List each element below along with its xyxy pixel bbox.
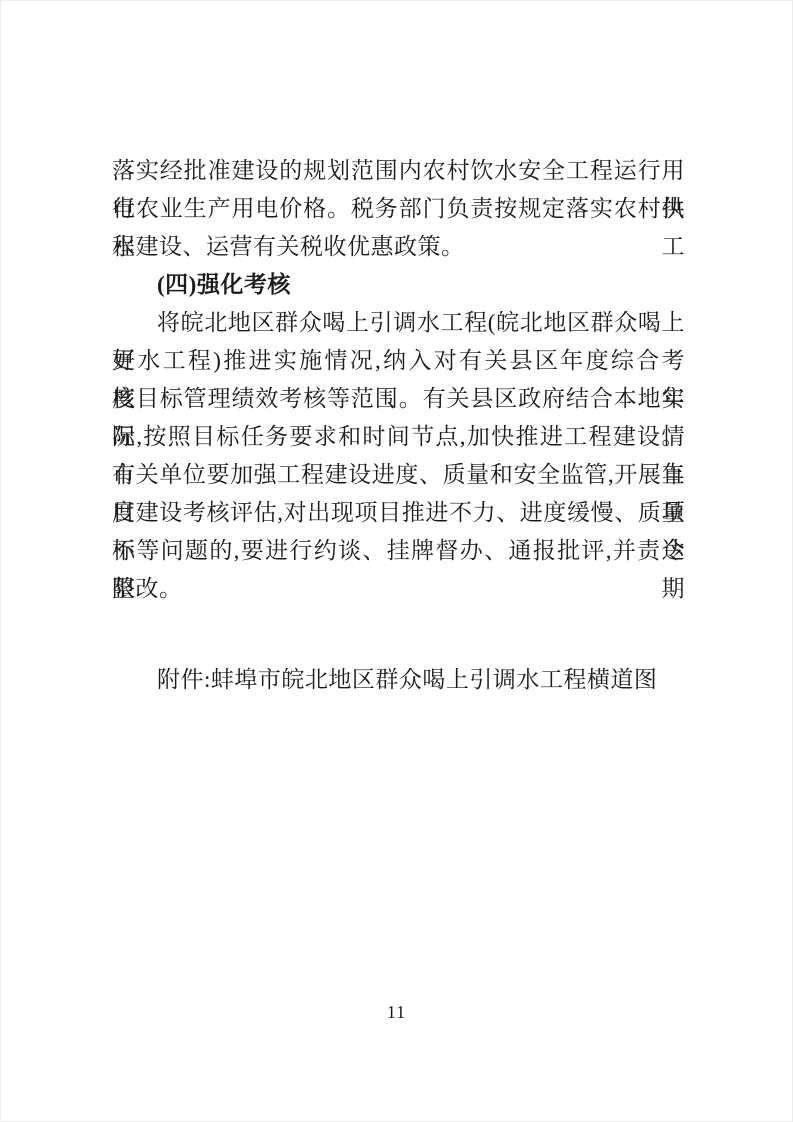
text-block: 落实经批准建设的规划范围内农村饮水安全工程运行用电执 行农业生产用电价格。税务部…	[112, 152, 685, 699]
page-number: 11	[0, 1002, 793, 1023]
section-heading: (四)强化考核	[112, 266, 685, 304]
body-line: 况,按照目标任务要求和时间节点,加快推进工程建设。市直	[112, 418, 685, 456]
body-line: 落实经批准建设的规划范围内农村饮水安全工程运行用电执	[112, 152, 685, 190]
body-line: 目建设考核评估,对出现项目推进不力、进度缓慢、质量不达	[112, 494, 685, 532]
body-line: 度目标管理绩效考核等范围。有关县区政府结合本地实际情	[112, 380, 685, 418]
body-line: 好水工程)推进实施情况,纳入对有关县区年度综合考核、年	[112, 342, 685, 380]
body-line: 行农业生产用电价格。税务部门负责按规定落实农村供水工	[112, 190, 685, 228]
body-line: 有关单位要加强工程建设进度、质量和安全监管,开展年度项	[112, 456, 685, 494]
attachment-line: 附件:蚌埠市皖北地区群众喝上引调水工程横道图	[112, 661, 685, 699]
document-page: 落实经批准建设的规划范围内农村饮水安全工程运行用电执 行农业生产用电价格。税务部…	[0, 0, 793, 1122]
body-line: 将皖北地区群众喝上引调水工程(皖北地区群众喝上更	[112, 304, 685, 342]
body-line: 标等问题的,要进行约谈、挂牌督办、通报批评,并责令限期	[112, 532, 685, 570]
